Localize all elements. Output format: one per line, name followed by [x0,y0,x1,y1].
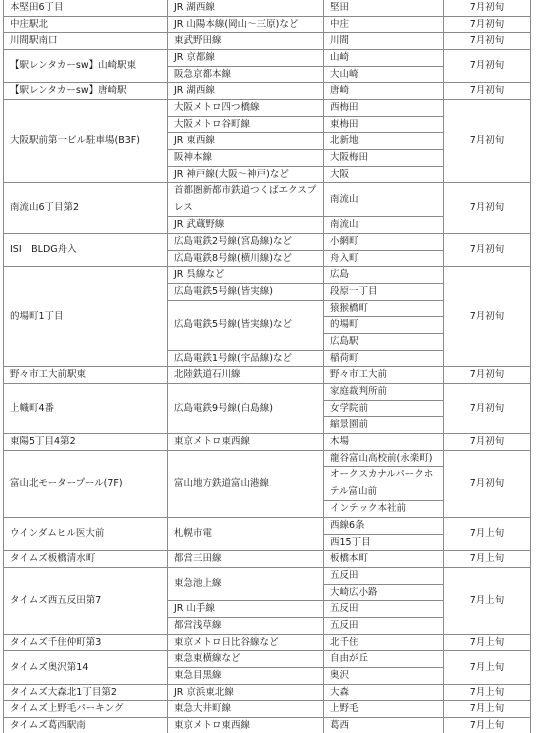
open-date-cell: 7月初旬 [444,49,531,82]
table-row: タイムズ奥沢第14東急東横線など自由が丘7月上旬 [4,651,531,668]
open-date-cell: 7月上旬 [444,717,531,733]
parking-name-cell: 本堅田6丁目 [4,0,168,16]
station-cell: 南流山 [324,183,444,217]
table-row: タイムズ西五反田第7東急池上線五反田7月上旬 [4,568,531,585]
table-row: タイムズ葛西駅南東京メトロ東西線葛西7月上旬 [4,717,531,733]
station-cell: 舟入町 [324,250,444,267]
station-cell: 大阪 [324,166,444,183]
station-cell: 葛西 [324,717,444,733]
table-row: 南流山6丁目第2首都圏新都市鉄道つくばエクスプレス南流山7月初旬 [4,183,531,217]
parking-name-cell: 南流山6丁目第2 [4,183,168,234]
railway-line-cell: JR 呉線など [168,267,324,284]
railway-line-cell: 阪神本線 [168,149,324,166]
station-cell: 野々市工大前 [324,367,444,384]
railway-line-cell: 阪急京都本線 [168,66,324,83]
station-cell: 南流山 [324,217,444,234]
station-cell: 奥沢 [324,668,444,685]
station-cell: 広島駅 [324,334,444,351]
railway-line-cell: 東京メトロ日比谷線など [168,634,324,651]
station-cell: 西線6条 [324,518,444,535]
table-row: 本堅田6丁目JR 湖西線堅田7月初旬 [4,0,531,16]
railway-line-cell: 大阪メトロ四つ橋線 [168,99,324,116]
railway-line-cell: 都営三田線 [168,551,324,568]
open-date-cell: 7月初旬 [444,16,531,33]
station-cell: 木場 [324,433,444,450]
station-cell: 女学院前 [324,400,444,417]
open-date-cell: 7月上旬 [444,634,531,651]
open-date-cell: 7月初旬 [444,433,531,450]
railway-line-cell: 東急目黒線 [168,668,324,685]
railway-line-cell: 広島電鉄1号線(宇品線)など [168,350,324,367]
open-date-cell: 7月上旬 [444,518,531,551]
station-cell: インテック本社前 [324,501,444,518]
open-date-cell: 7月初旬 [444,234,531,267]
parking-name-cell: タイムズ上野毛パーキング [4,701,168,718]
station-cell: オークスカナルパークホテル富山前 [324,467,444,501]
table-row: ISI BLDG舟入広島電鉄2号線(宮島線)など小網町7月初旬 [4,234,531,251]
open-date-cell: 7月初旬 [444,99,531,182]
station-cell: 家庭裁判所前 [324,383,444,400]
railway-line-cell: 東急東横線など [168,651,324,668]
station-cell: 板橋本町 [324,551,444,568]
table-row: タイムズ千住仲町第3東京メトロ日比谷線など北千住7月上旬 [4,634,531,651]
parking-name-cell: 大阪駅前第一ビル駐車場(B3F) [4,99,168,182]
station-cell: 自由が丘 [324,651,444,668]
station-cell: 東梅田 [324,116,444,133]
railway-line-cell: 東急池上線 [168,568,324,601]
railway-line-cell: 東京メトロ東西線 [168,433,324,450]
table-row: 川間駅南口東武野田線川間7月初旬 [4,33,531,50]
parking-name-cell: ISI BLDG舟入 [4,234,168,267]
parking-name-cell: ウインダムヒル医大前 [4,518,168,551]
station-cell: 広島 [324,267,444,284]
station-cell: 上野毛 [324,701,444,718]
open-date-cell: 7月上旬 [444,568,531,635]
parking-station-table: 本堅田6丁目JR 湖西線堅田7月初旬中庄駅北JR 山陽本線(岡山～三原)など中庄… [3,0,531,733]
station-cell: 唐崎 [324,83,444,100]
railway-line-cell: JR 湖西線 [168,83,324,100]
railway-line-cell: 広島電鉄9号線(白島線) [168,383,324,433]
station-cell: 北新地 [324,133,444,150]
railway-line-cell: JR 東西線 [168,133,324,150]
railway-line-cell: 広島電鉄5号線(皆実線)など [168,300,324,350]
open-date-cell: 7月上旬 [444,701,531,718]
station-cell: 西15丁目 [324,534,444,551]
railway-line-cell: 広島電鉄5号線(皆実線) [168,284,324,301]
parking-name-cell: 上幟町4番 [4,383,168,433]
station-cell: 大山崎 [324,66,444,83]
railway-line-cell: 北陸鉄道石川線 [168,367,324,384]
railway-line-cell: JR 山陽本線(岡山～三原)など [168,16,324,33]
parking-name-cell: タイムズ奥沢第14 [4,651,168,684]
parking-name-cell: タイムズ大森北1丁目第2 [4,684,168,701]
parking-name-cell: タイムズ板橋清水町 [4,551,168,568]
station-cell: 北千住 [324,634,444,651]
railway-line-cell: JR 神戸線(大阪～神戸)など [168,166,324,183]
table-row: 野々市工大前駅東北陸鉄道石川線野々市工大前7月初旬 [4,367,531,384]
railway-line-cell: 広島電鉄8号線(横川線)など [168,250,324,267]
station-cell: 堅田 [324,0,444,16]
parking-name-cell: 【駅レンタカーsw】唐崎駅 [4,83,168,100]
railway-line-cell: 札幌市電 [168,518,324,551]
station-cell: 五反田 [324,601,444,618]
station-cell: 五反田 [324,568,444,585]
open-date-cell: 7月上旬 [444,684,531,701]
railway-line-cell: JR 湖西線 [168,0,324,16]
open-date-cell: 7月初旬 [444,383,531,433]
station-cell: 猿猴橋町 [324,300,444,317]
station-cell: 稲荷町 [324,350,444,367]
railway-line-cell: JR 京浜東北線 [168,684,324,701]
parking-name-cell: 野々市工大前駅東 [4,367,168,384]
station-cell: 大阪梅田 [324,149,444,166]
station-cell: 川間 [324,33,444,50]
open-date-cell: 7月初旬 [444,267,531,367]
parking-name-cell: 【駅レンタカーsw】山崎駅東 [4,49,168,82]
table-row: 【駅レンタカーsw】唐崎駅JR 湖西線唐崎7月初旬 [4,83,531,100]
table-row: 上幟町4番広島電鉄9号線(白島線)家庭裁判所前7月初旬 [4,383,531,400]
station-cell: 的場町 [324,317,444,334]
open-date-cell: 7月初旬 [444,450,531,518]
open-date-cell: 7月上旬 [444,651,531,684]
railway-line-cell: 大阪メトロ谷町線 [168,116,324,133]
railway-line-cell: JR 山手線 [168,601,324,618]
table-row: 中庄駅北JR 山陽本線(岡山～三原)など中庄7月初旬 [4,16,531,33]
station-cell: 大森 [324,684,444,701]
table-row: 的場町1丁目JR 呉線など広島7月初旬 [4,267,531,284]
table-row: タイムズ板橋清水町都営三田線板橋本町7月上旬 [4,551,531,568]
station-cell: 五反田 [324,618,444,635]
railway-line-cell: 都営浅草線 [168,618,324,635]
railway-line-cell: 富山地方鉄道富山港線 [168,450,324,518]
table-row: 【駅レンタカーsw】山崎駅東JR 京都線山崎7月初旬 [4,49,531,66]
open-date-cell: 7月初旬 [444,33,531,50]
railway-line-cell: 東武野田線 [168,33,324,50]
railway-line-cell: 東京メトロ東西線 [168,717,324,733]
open-date-cell: 7月上旬 [444,551,531,568]
railway-line-cell: 東急大井町線 [168,701,324,718]
table-row: ウインダムヒル医大前札幌市電西線6条7月上旬 [4,518,531,535]
station-cell: 大崎広小路 [324,584,444,601]
station-cell: 小網町 [324,234,444,251]
table-row: 大阪駅前第一ビル駐車場(B3F)大阪メトロ四つ橋線西梅田7月初旬 [4,99,531,116]
parking-name-cell: タイムズ千住仲町第3 [4,634,168,651]
station-cell: 段原一丁目 [324,284,444,301]
station-cell: 中庄 [324,16,444,33]
open-date-cell: 7月初旬 [444,183,531,234]
table-row: タイムズ大森北1丁目第2JR 京浜東北線大森7月上旬 [4,684,531,701]
station-cell: 山崎 [324,49,444,66]
parking-name-cell: 中庄駅北 [4,16,168,33]
table-row: タイムズ上野毛パーキング東急大井町線上野毛7月上旬 [4,701,531,718]
parking-name-cell: タイムズ西五反田第7 [4,568,168,635]
parking-name-cell: タイムズ葛西駅南 [4,717,168,733]
table-row: 富山北モータープール(7F)富山地方鉄道富山港線龍谷富山高校前(永楽町)7月初旬 [4,450,531,467]
railway-line-cell: 広島電鉄2号線(宮島線)など [168,234,324,251]
parking-name-cell: 川間駅南口 [4,33,168,50]
railway-line-cell: JR 京都線 [168,49,324,66]
table-row: 東陽5丁目4第2東京メトロ東西線木場7月初旬 [4,433,531,450]
open-date-cell: 7月初旬 [444,0,531,16]
parking-name-cell: 東陽5丁目4第2 [4,433,168,450]
station-cell: 西梅田 [324,99,444,116]
parking-name-cell: 富山北モータープール(7F) [4,450,168,518]
open-date-cell: 7月初旬 [444,83,531,100]
railway-line-cell: JR 武蔵野線 [168,217,324,234]
railway-line-cell: 首都圏新都市鉄道つくばエクスプレス [168,183,324,217]
station-cell: 縮景園前 [324,417,444,434]
parking-name-cell: 的場町1丁目 [4,267,168,367]
open-date-cell: 7月初旬 [444,367,531,384]
station-cell: 龍谷富山高校前(永楽町) [324,450,444,467]
